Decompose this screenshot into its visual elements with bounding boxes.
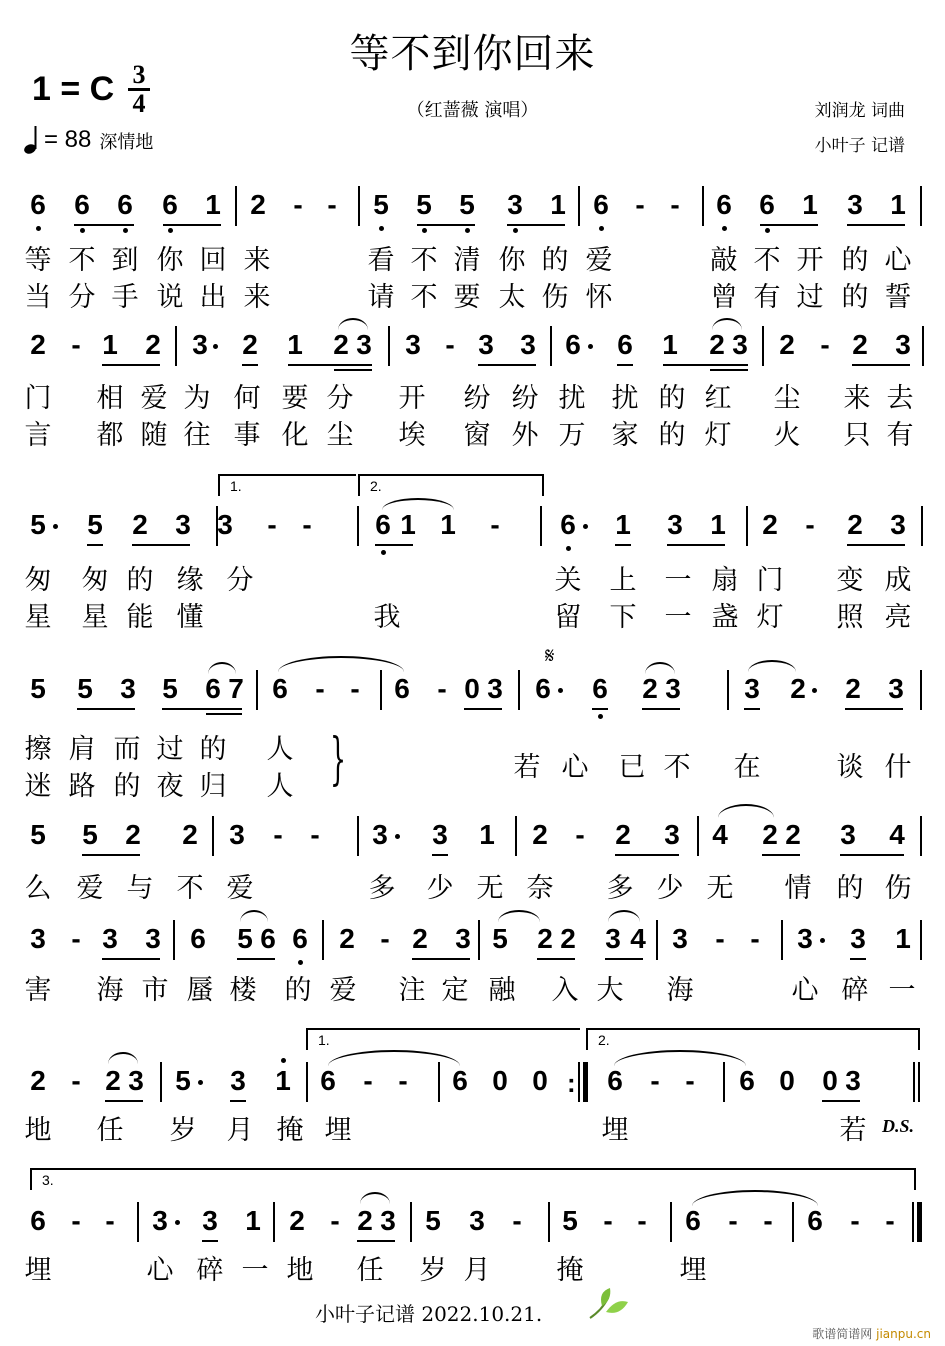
lyrics: 地任岁月掩埋埋若 — [0, 1108, 945, 1144]
volta-2: 2. — [358, 474, 544, 496]
volta-2: 2. — [586, 1028, 920, 1050]
key-signature: 1 = C — [32, 70, 114, 109]
notes-row: 6 66 61 2-- 5 55 31 6 -- 6 61 31 — [0, 188, 945, 228]
time-signature-bottom: 4 — [128, 92, 150, 116]
quarter-note-icon — [24, 124, 40, 154]
lyrics-verse-2: 星星能懂我 留下一盏灯照亮 — [0, 595, 945, 631]
lyrics-verse-2: 当分手说出来 请不要太伤怀 曾有过的誓 — [0, 275, 945, 311]
watermark-text: 歌谱简谱网 — [812, 1327, 872, 1341]
leaf-icon — [588, 1288, 628, 1322]
notes-row: 3- 33 6 56 6 2- 23 5 22 34 3-- 3 3 1 — [0, 922, 945, 962]
signature-text: 小叶子记谱 2022.10.21. — [315, 1302, 542, 1326]
time-signature-top: 3 — [128, 63, 150, 87]
lyrics-verse-1: 门相爱为何要分开纷纷扰扰的红尘来去 — [0, 376, 945, 412]
notes-row: 5 5 23 3-- 61 1- 6 1 31 2- 23 — [0, 508, 945, 548]
notes-row: 5 52 2 3-- 3 3 1 2- 23 4 22 34 — [0, 818, 945, 858]
composer-credit: 刘润龙 词曲 — [815, 96, 905, 121]
time-signature: 3 4 — [128, 63, 150, 116]
watermark-url: jianpu.cn — [876, 1327, 931, 1341]
notes-row: 5 53 567 6-- 6- 03 6 6 23 3 2 23 — [0, 672, 945, 712]
lyrics-chorus: 若心已不在谈什 — [0, 745, 945, 781]
lyrics: 埋心碎一地任岁月掩埋 — [0, 1248, 945, 1284]
lyrics-verse-2: 言都随往事化尘埃窗外万家的灯火只有 — [0, 413, 945, 449]
notes-row: 6-- 3 3 1 2- 23 53- 5-- 6-- 6-- — [0, 1204, 945, 1244]
segno-sign: 𝄋 — [545, 644, 554, 669]
volta-1: 1. — [218, 474, 356, 496]
volta-3: 3. — [30, 1168, 916, 1190]
transcriber-credit: 小叶子 记谱 — [815, 131, 905, 156]
transcriber-signature: 小叶子记谱 2022.10.21. — [315, 1298, 542, 1327]
mood-marking: 深情地 — [99, 128, 153, 154]
notes-row: 2- 23 5 3 1 6-- 600 : 6-- 60 03 — [0, 1064, 945, 1104]
lyrics: 害海市蜃楼的爱注定融入大海心碎一 — [0, 968, 945, 1004]
tempo-value: = 88 — [44, 126, 91, 154]
tempo-marking: = 88 深情地 — [24, 124, 153, 154]
lyrics-verse-1: 匆匆的缘分 关上一扇门变成 — [0, 558, 945, 594]
repeat-colon: : — [567, 1068, 576, 1099]
watermark: 歌谱简谱网 jianpu.cn — [812, 1325, 931, 1342]
lyrics: 么爱与不爱多少无奈多少无情的伤 — [0, 866, 945, 902]
notes-row: 2- 12 3 2 123 3- 33 6 6 123 2- 23 — [0, 328, 945, 368]
lyrics-verse-1: 等不到你回来 看不清你的爱 敲不开的心 — [0, 238, 945, 274]
volta-1: 1. — [306, 1028, 580, 1050]
dal-segno-marking: D.S. — [882, 1116, 914, 1137]
